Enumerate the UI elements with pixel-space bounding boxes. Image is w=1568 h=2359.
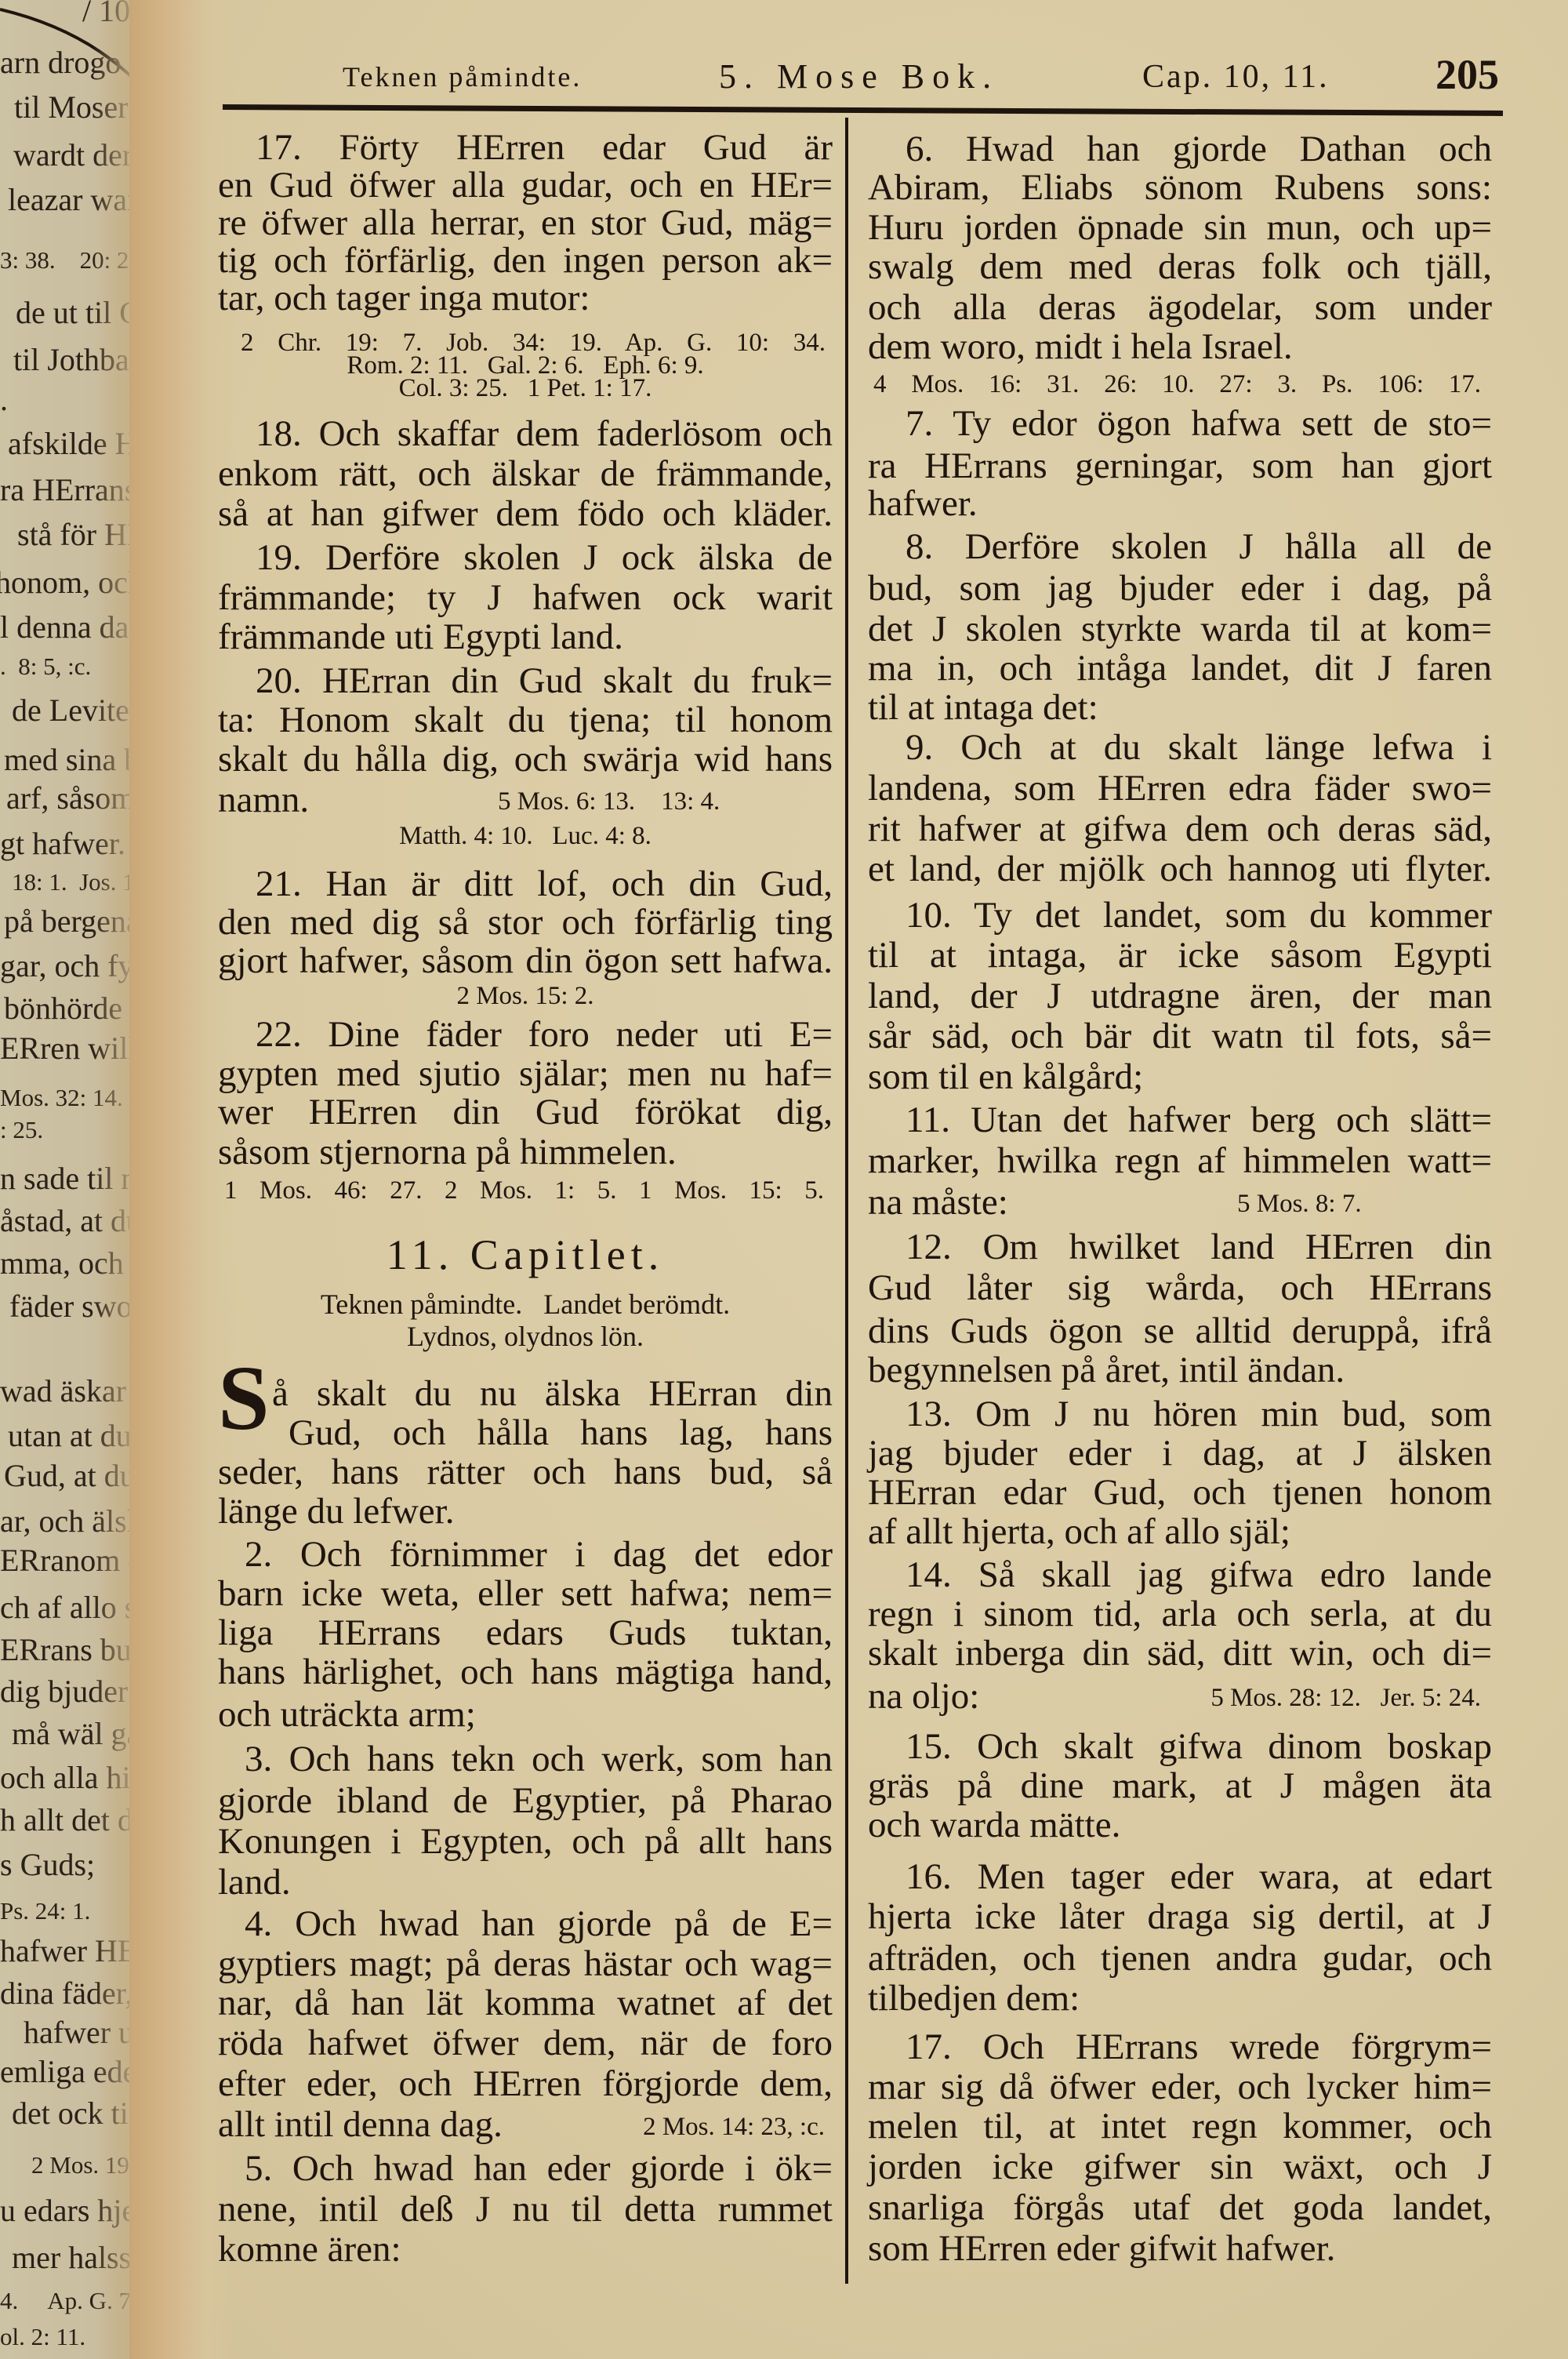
verse-line: 19. Derföre skolen J ock älska de	[218, 537, 833, 578]
verse-line: landena, som HErren edra fäder swo=	[868, 768, 1492, 809]
verse-line: ta: Honom skalt du tjena; til honom	[218, 700, 833, 740]
verse-line: 20. HErran din Gud skalt du fruk=	[218, 660, 833, 701]
verse-line: land, der J utdragne ären, der man	[868, 976, 1492, 1016]
verse-line: sår säd, och bär dit watn til fots, så=	[868, 1016, 1492, 1056]
cross-reference: 4 Mos. 16: 31. 26: 10. 27: 3. Ps. 106: 1…	[873, 370, 1481, 398]
verse-line: gypten med sjutio själar; men nu haf=	[218, 1053, 833, 1094]
verse-line: 14. Så skall jag gifwa edro lande	[868, 1554, 1492, 1595]
verse-line: liga HErrans edars Guds tuktan,	[218, 1612, 833, 1653]
page-curl-shadow	[93, 0, 135, 2359]
verse-line: Konungen i Egypten, och på allt hans	[218, 1821, 833, 1862]
verse-line: melen til, at intet regn kommer, och	[868, 2106, 1492, 2146]
verse-line: 10. Ty det landet, som du kommer	[868, 895, 1492, 936]
verse-line: wer HErren din Gud förökat dig,	[218, 1092, 833, 1132]
verse-line: 17. Och HErrans wrede förgrym=	[868, 2026, 1492, 2067]
verse-line: marker, hwilka regn af himmelen watt=	[868, 1140, 1492, 1181]
verse-line: Gud låter sig wårda, och HErrans	[868, 1267, 1492, 1308]
verse-line: 6. Hwad han gjorde Dathan och	[868, 129, 1492, 169]
verse-line: land.	[218, 1862, 833, 1903]
verse-line: gjort hafwer, såsom din ögon sett hafwa.	[218, 940, 833, 981]
left-column: 17. Förty HErren edar Gud är en Gud öfwe…	[218, 0, 833, 2359]
verse-line: enkom rätt, och älskar de främmande,	[218, 453, 833, 494]
chapter-summary: Lydnos, olydnos lön.	[218, 1321, 833, 1352]
verse-line: 7. Ty edor ögon hafwa sett de sto=	[868, 403, 1492, 444]
verse-line: rit hafwer at gifwa dem och deras säd,	[868, 809, 1492, 849]
verse-line: främmande uti Egypti land.	[218, 616, 833, 657]
verse-line: hjerta icke låter draga sig dertil, at J	[868, 1896, 1492, 1937]
verse-line: hafwer.	[868, 483, 1492, 524]
verse-line: HErran edar Gud, och tjenen honom	[868, 1472, 1492, 1513]
verse-line: gyptiers magt; på deras hästar och wag=	[218, 1943, 833, 1984]
verse-line: seder, hans rätter och hans bud, så	[218, 1452, 833, 1492]
previous-page-reference: ol. 2: 11.	[0, 2318, 85, 2356]
verse-line: komne ären:	[218, 2229, 833, 2270]
verse-line: 9. Och at du skalt länge lefwa i	[868, 727, 1492, 768]
verse-line: ra HErrans gerningar, som han gjort	[868, 445, 1492, 486]
verse-line: dins Guds ögon se alltid deruppå, ifrå	[868, 1310, 1492, 1351]
verse-line: efter eder, och HErren förgjorde dem,	[218, 2063, 833, 2104]
verse-line: regn i sinom tid, arla och serla, at du	[868, 1594, 1492, 1634]
verse-line: Gud, och hålla hans lag, hans	[289, 1412, 833, 1453]
cross-reference: 5 Mos. 6: 13. 13: 4.	[498, 787, 720, 816]
verse-line: som HErren eder gifwit hafwer.	[868, 2228, 1492, 2269]
verse-line: den med dig så stor och förfärlig ting	[218, 902, 833, 943]
verse-line: främmande; ty J hafwen ock warit	[218, 577, 833, 618]
verse-line: och alla deras ägodelar, som under	[868, 287, 1492, 328]
verse-line: af allt hjerta, och af allo själ;	[868, 1511, 1492, 1552]
verse-line: länge du lefwer.	[218, 1491, 833, 1532]
verse-line: en Gud öfwer alla gudar, och en HEr=	[218, 165, 833, 205]
previous-page-line: .	[0, 381, 8, 419]
verse-line: 12. Om hwilket land HErren din	[868, 1227, 1492, 1267]
verse-line: 4. Och hwad han gjorde på de E=	[218, 1903, 833, 1944]
verse-line: 21. Han är ditt lof, och din Gud,	[218, 863, 833, 904]
verse-line: bud, som jag bjuder eder i dag, på	[868, 568, 1492, 609]
verse-line: det J skolen styrkte warda til at kom=	[868, 609, 1492, 649]
verse-line: jag bjuder eder i dag, at J älsken	[868, 1433, 1492, 1474]
verse-line: skalt inberga din säd, ditt win, och di=	[868, 1633, 1492, 1674]
verse-line: skalt du hålla dig, och swärja wid hans	[218, 739, 833, 780]
verse-line: swalg dem med deras folk och tjäll,	[868, 246, 1492, 287]
verse-line: nar, då han lät komma watnet af det	[218, 1983, 833, 2023]
drop-cap: S	[218, 1352, 270, 1445]
verse-line: så at han gifwer dem födo och kläder.	[218, 493, 833, 534]
cross-reference: Col. 3: 25. 1 Pet. 1: 17.	[218, 374, 833, 402]
verse-line: 8. Derföre skolen J hålla all de	[868, 526, 1492, 567]
verse-line: 2. Och förnimmer i dag det edor	[218, 1534, 833, 1575]
verse-line: barn icke weta, eller sett hafwa; nem=	[218, 1573, 833, 1614]
previous-page-reference: . 8: 5, :c.	[0, 648, 91, 685]
verse-line: re öfwer alla herrar, en stor Gud, mäg=	[218, 202, 833, 243]
verse-line: 5. Och hwad han eder gjorde i ök=	[218, 2148, 833, 2189]
verse-line: na måste:	[868, 1182, 1492, 1223]
previous-page-reference: : 25.	[0, 1111, 43, 1149]
verse-line: til at intaga, är icke såsom Egypti	[868, 935, 1492, 976]
cross-reference: 1 Mos. 46: 27. 2 Mos. 1: 5. 1 Mos. 15: 5…	[224, 1176, 824, 1205]
chapter-heading: 11. Capitlet.	[218, 1230, 833, 1280]
verse-line: til at intaga det:	[868, 687, 1492, 728]
verse-line: tig och förfärlig, den ingen person ak=	[218, 240, 833, 281]
verse-line: nene, intil deß J nu til detta rummet	[218, 2189, 833, 2230]
cross-reference: 2 Mos. 14: 23, :c.	[601, 2113, 825, 2141]
right-column: 6. Hwad han gjorde Dathan och Abiram, El…	[868, 0, 1492, 2359]
verse-line: Huru jorden öpnade sin mun, och up=	[868, 207, 1492, 248]
verse-line: som til en kålgård;	[868, 1056, 1492, 1097]
verse-line: 3. Och hans tekn och werk, som han	[218, 1739, 833, 1779]
verse-line: snarliga förgås utaf det goda landet,	[868, 2187, 1492, 2228]
previous-page-edge: / 10. arn drogo ut til Moserah wardt der…	[0, 0, 135, 2359]
verse-line: 17. Förty HErren edar Gud är	[218, 127, 833, 168]
verse-line: dem woro, midt i hela Israel.	[868, 326, 1492, 367]
verse-line: 15. Och skalt gifwa dinom boskap	[868, 1726, 1492, 1767]
chapter-summary: Teknen påmindte. Landet berömdt.	[218, 1289, 833, 1320]
verse-line: gjorde ibland de Egyptier, på Pharao	[218, 1780, 833, 1821]
verse-line: tilbedjen dem:	[868, 1978, 1492, 2019]
verse-line: et land, der mjölk och hannog uti flyter…	[868, 849, 1492, 889]
verse-line: och warda mätte.	[868, 1805, 1492, 1845]
cross-reference: 5 Mos. 28: 12. Jer. 5: 24.	[1103, 1684, 1481, 1712]
verse-line: 13. Om J nu hören min bud, som	[868, 1394, 1492, 1434]
cross-reference: 5 Mos. 8: 7.	[1237, 1190, 1362, 1218]
verse-line: hans härlighet, och hans mägtiga hand,	[218, 1652, 833, 1692]
verse-line: och uträckta arm;	[218, 1694, 833, 1735]
cross-reference: 2 Mos. 15: 2.	[218, 982, 833, 1010]
verse-line: afträden, och tjenen andra gudar, och	[868, 1938, 1492, 1979]
verse-line: ma in, och intåga landet, dit J faren	[868, 648, 1492, 689]
verse-line: Abiram, Eliabs sönom Rubens sons:	[868, 167, 1492, 208]
verse-line: tar, och tager inga mutor:	[218, 278, 833, 318]
verse-line: såsom stjernorna på himmelen.	[218, 1132, 833, 1172]
verse-line: gräs på dine mark, at J mågen äta	[868, 1765, 1492, 1806]
verse-line: mar sig då öfwer eder, och lycker him=	[868, 2066, 1492, 2107]
verse-line: 11. Utan det hafwer berg och slätt=	[868, 1100, 1492, 1140]
verse-line: begynnelsen på året, intil ändan.	[868, 1350, 1492, 1390]
verse-line: 16. Men tager eder wara, at edart	[868, 1856, 1492, 1897]
verse-line: röda hafwet öfwer dem, när de foro	[218, 2023, 833, 2063]
verse-line: 18. Och skaffar dem faderlösom och	[218, 413, 833, 454]
cross-reference: Matth. 4: 10. Luc. 4: 8.	[218, 822, 833, 850]
previous-page-reference: Ps. 24: 1.	[0, 1892, 90, 1930]
column-rule	[845, 118, 848, 2284]
previous-page-line: s Guds;	[0, 1846, 95, 1884]
verse-line: jorden icke gifwer sin wäxt, och J	[868, 2146, 1492, 2187]
verse-line: å skalt du nu älska HErran din	[272, 1373, 833, 1414]
verse-line: 22. Dine fäder foro neder uti E=	[218, 1014, 833, 1055]
